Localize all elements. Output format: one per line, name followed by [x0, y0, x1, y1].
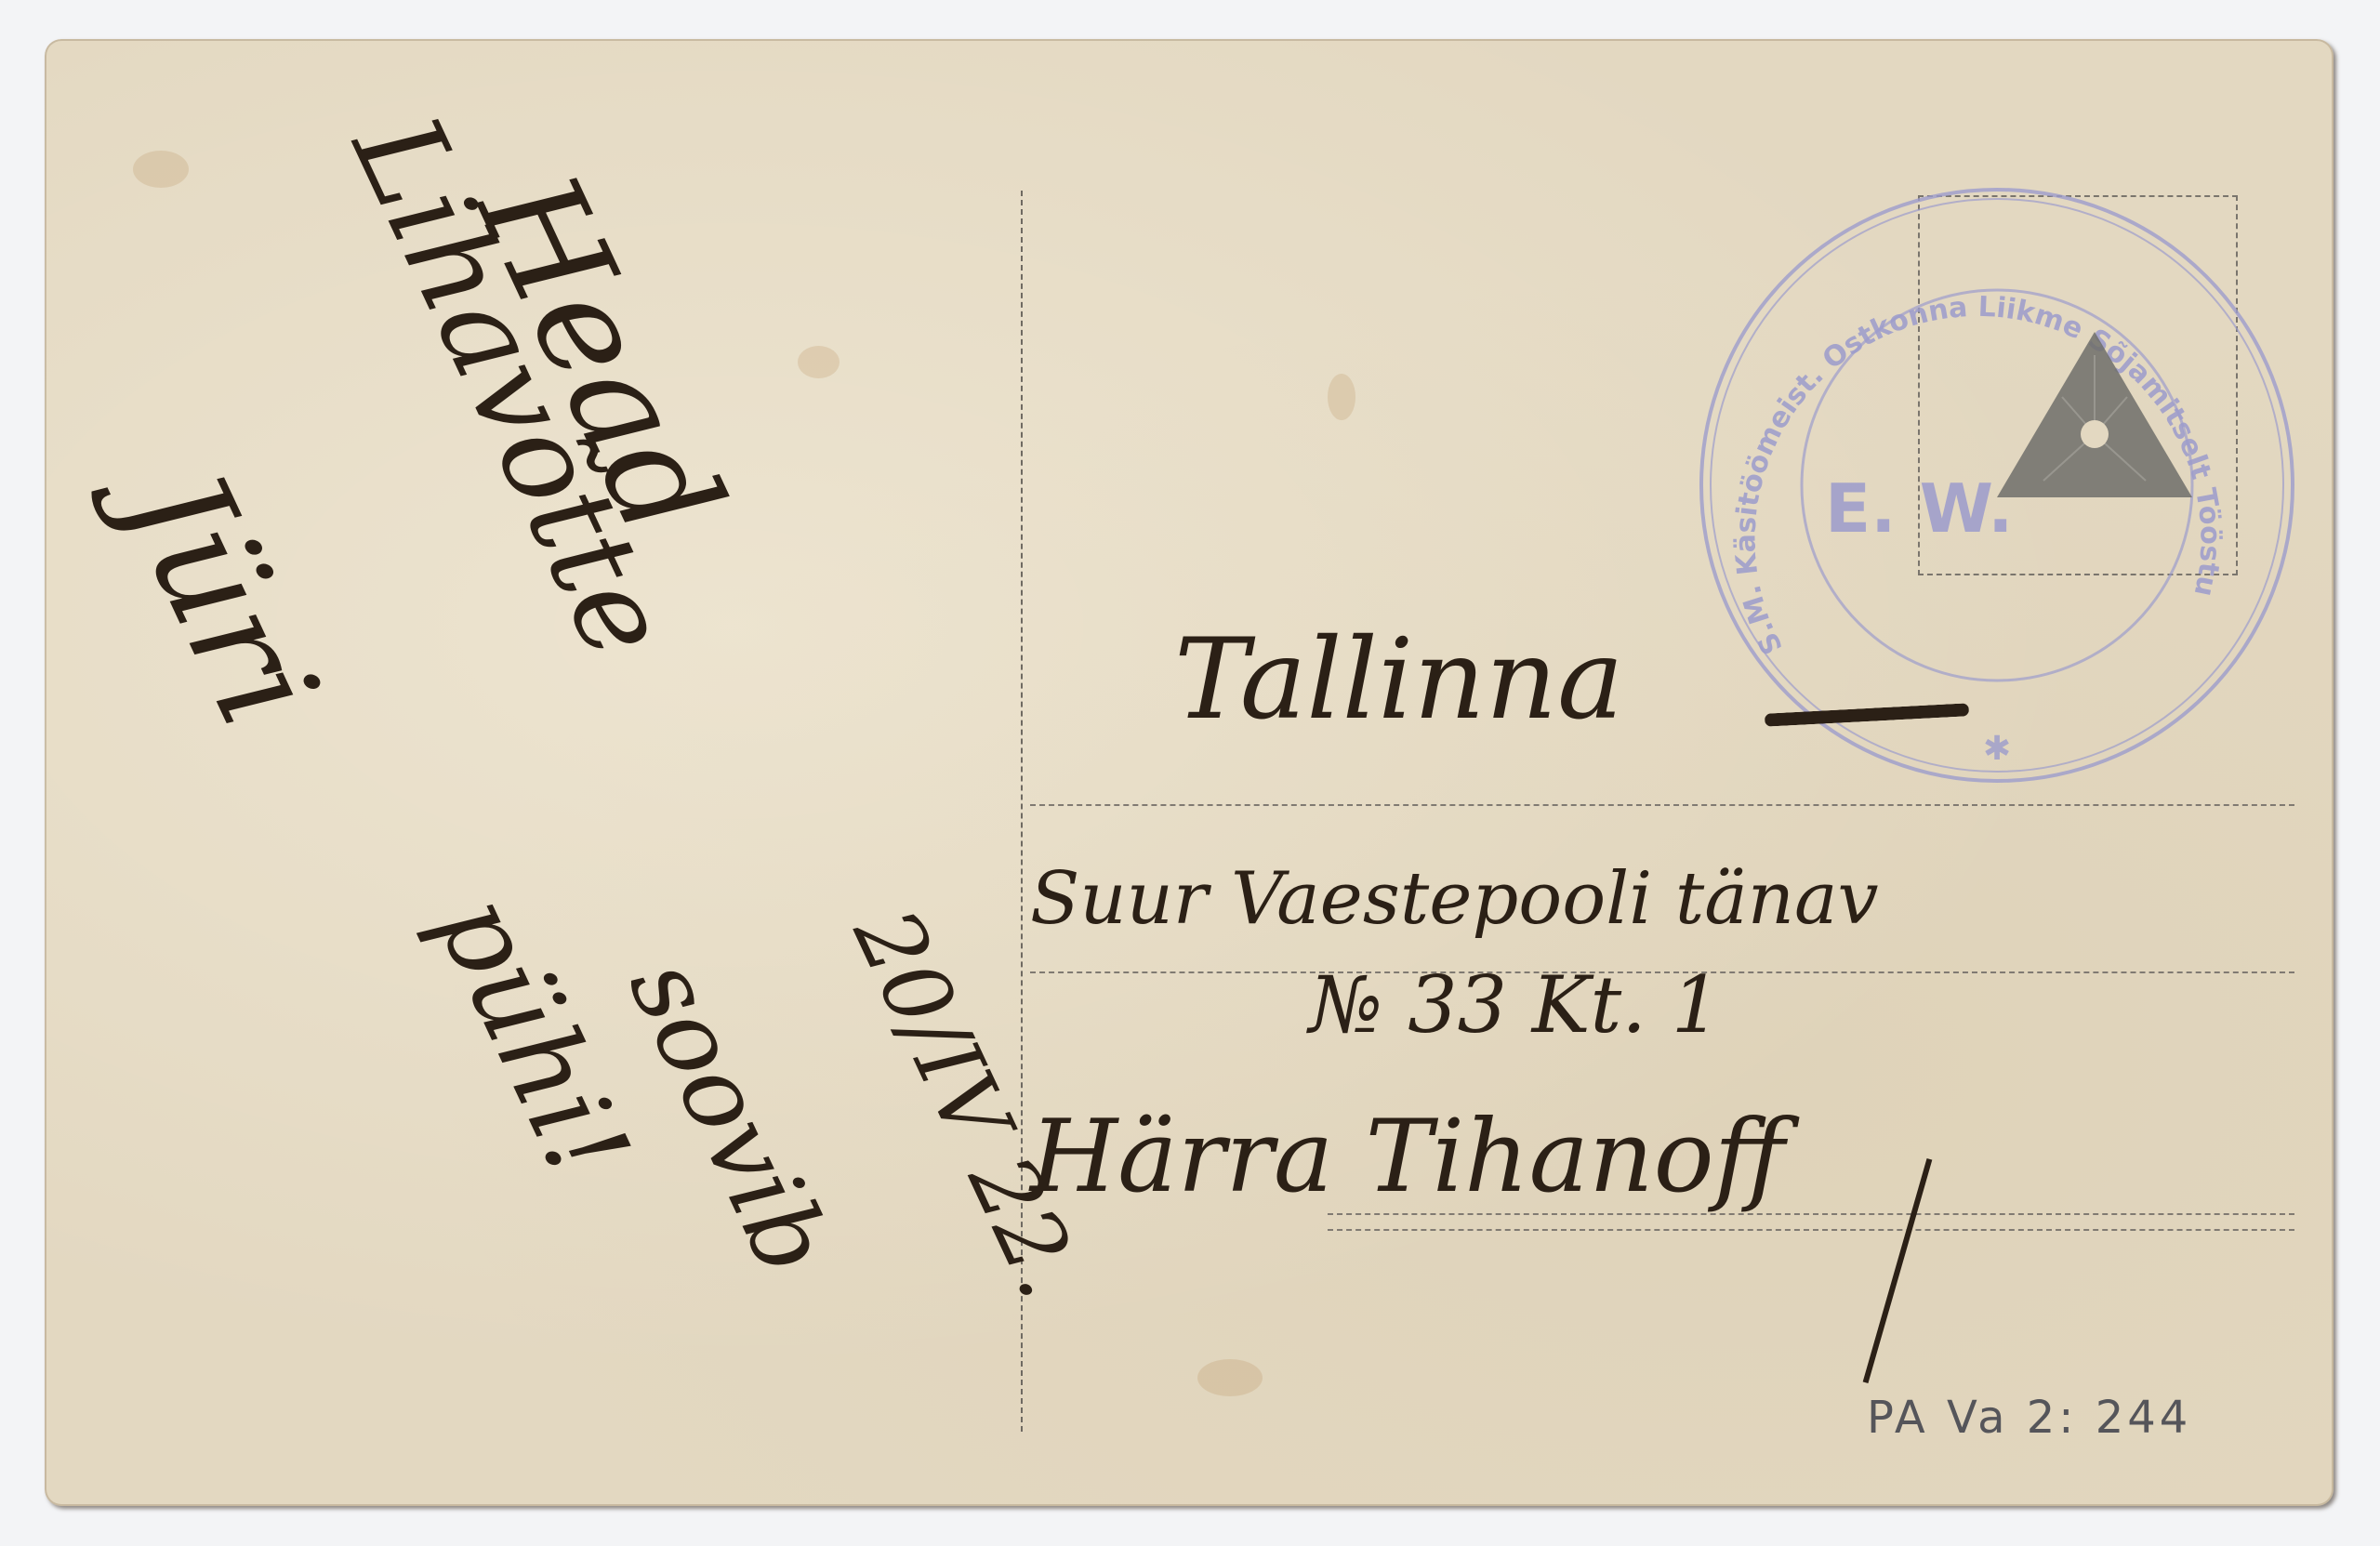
message-line-4: soovib	[606, 941, 854, 1291]
postcard: S.M. Käsitöömeist. Ostkonna Liikme Sõjam…	[45, 39, 2334, 1506]
foxing-stain	[133, 151, 189, 188]
postmark-center-letters: E. W.	[1825, 469, 2014, 548]
address-line-1	[1030, 804, 2294, 806]
foxing-stain	[1197, 1359, 1263, 1396]
postmark-rings: S.M. Käsitöömeist. Ostkonna Liikme Sõjam…	[1672, 165, 2322, 806]
address-city: Tallinna	[1174, 615, 1624, 745]
postmark-star: ✱	[1983, 730, 2011, 768]
address-house: № 33 Kt. 1	[1309, 959, 1721, 1050]
postmark: S.M. Käsitöömeist. Ostkonna Liikme Sõjam…	[1672, 165, 2322, 806]
message-line-3: pühi!	[411, 876, 653, 1198]
signature-flourish	[1863, 1158, 1933, 1383]
message-signature: Jüri	[93, 448, 349, 749]
archive-reference: PA Va 2: 244	[1867, 1392, 2191, 1444]
foxing-stain	[1328, 374, 1355, 420]
foxing-stain	[798, 346, 840, 378]
address-line-4	[1328, 1229, 2294, 1231]
address-street: Suur Vaestepooli tänav	[1030, 857, 1879, 941]
address-recipient: Härra Tihanoff	[1030, 1099, 1785, 1215]
